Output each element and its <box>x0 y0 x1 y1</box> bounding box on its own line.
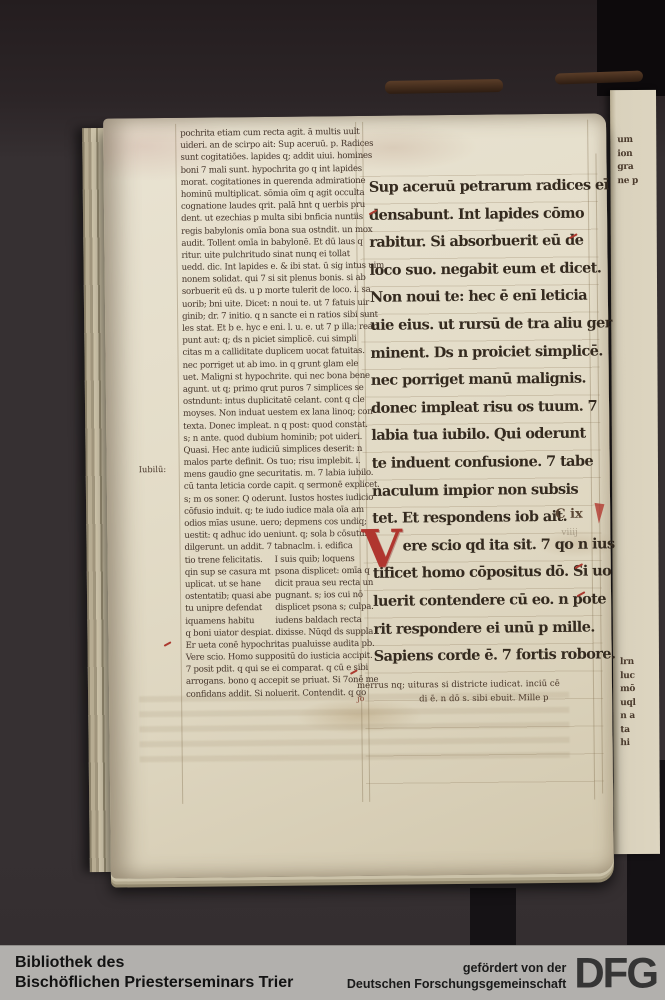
text-line-right: psona displicet: omīa q <box>275 565 363 578</box>
dfg-logo: DFG <box>574 950 657 997</box>
left-column-tail-lines: Er ueta conē hypochritas pualuisse audit… <box>185 638 364 701</box>
left-text-column: pochrita etiam cum recta agit. ā multis … <box>180 126 364 701</box>
left-column-lines: pochrita etiam cum recta agit. ā multis … <box>180 126 362 554</box>
next-page-text-fragment: umiongrane p <box>617 134 638 188</box>
funding-block: gefördert von der Deutschen Forschungsge… <box>347 950 657 996</box>
text-line-left: tio trene felicitatis. <box>185 553 275 566</box>
text-line-left: iquamens habitu <box>185 614 275 627</box>
text-line: luerit contendere cū eo. n pote <box>373 585 593 615</box>
text-line: naculum impior non subsis <box>372 475 592 505</box>
funding-line1: gefördert von der <box>347 960 567 976</box>
library-name-line1: Bibliothek des <box>15 953 293 973</box>
text-line-right: I suis quib; loquens <box>275 553 363 566</box>
photo-shadow-below-book <box>470 888 516 946</box>
chapter-mark: C ix <box>555 507 583 522</box>
funding-credit: gefördert von der Deutschen Forschungsge… <box>347 960 567 992</box>
marginal-note: Iubilū: <box>139 464 166 474</box>
text-line: ere scio qd ita sit. 7 qo n ius <box>372 530 592 560</box>
text-line: Sapiens corde ē. 7 fortis robore. <box>374 641 594 671</box>
text-fragment: uql <box>620 697 635 711</box>
drop-cap-initial: V <box>361 524 402 576</box>
chapter-mark-faint: viiij <box>561 528 578 538</box>
next-page-edge: umiongrane p lrnlucmōuqln atahi <box>610 90 660 854</box>
text-line: te induent confusione. 7 tabe <box>372 447 592 477</box>
text-line-right: pugnant. s; ios cui nō <box>275 589 363 602</box>
text-line: Non noui te: hec ē enī leticia <box>370 282 590 312</box>
text-line-left: q boni uiator despiat. <box>185 627 275 640</box>
text-line-right: displicet psona s; culpa. <box>275 601 363 614</box>
text-line: moyses. Non induat uestem ex lana linoq;… <box>183 406 361 420</box>
text-fragment: ne p <box>617 174 638 188</box>
binding-headband <box>385 79 503 94</box>
text-line-left: uplicat. ut se hane <box>185 578 275 591</box>
text-line-left: qin sup se casura mt <box>185 566 275 579</box>
left-column-split-block: tio trene felicitatis.I suis quib; loque… <box>185 553 364 640</box>
text-line: loco suo. negabit eum et dicet. <box>369 254 589 284</box>
text-fragment: ion <box>617 147 638 161</box>
text-fragment: luc <box>620 670 635 684</box>
text-line: labia tua iubilo. Qui oderunt <box>371 420 591 450</box>
text-line: tificet homo cōpositus dō. Si uo <box>373 558 593 588</box>
text-line: minent. Ds n proiciet simplicē. <box>370 337 590 367</box>
library-name-line2: Bischöflichen Priesterseminars Trier <box>15 973 293 993</box>
text-fragment: ta <box>620 723 635 737</box>
red-pen-mark <box>164 641 172 647</box>
digitized-manuscript-scan: umiongrane p lrnlucmōuqln atahi pochrita… <box>0 0 665 1000</box>
text-line: uie eius. ut rursū de tra aliu ger <box>370 310 590 340</box>
text-line-right: dicit praua seu recta un <box>275 577 363 590</box>
text-fragment: hi <box>620 737 635 751</box>
text-fragment: n a <box>620 710 635 724</box>
text-line: Sup aceruū petrarum radices eī <box>369 172 589 202</box>
next-page-text-fragment: lrnlucmōuqln atahi <box>620 656 636 751</box>
text-line-right: iudens baldach recta <box>275 613 363 626</box>
text-fragment: um <box>617 134 638 148</box>
footer-bar: Bibliothek des Bischöflichen Priestersem… <box>0 945 665 1000</box>
text-line: rit respondere ei unū p mille. <box>373 613 593 643</box>
text-line: densabunt. Int lapides cōmo <box>369 199 589 229</box>
text-line-right: dixisse. Nūqd ds suppla <box>275 626 363 639</box>
funding-line2: Deutschen Forschungsgemeinschaft <box>347 976 567 992</box>
text-line: nec porriget manū malignis. <box>371 365 591 395</box>
text-line-left: tu unipre defendat <box>185 602 275 615</box>
text-line: rabitur. Si absorbuerit eū de <box>369 227 589 257</box>
text-fragment: mō <box>620 683 635 697</box>
text-fragment: lrn <box>620 656 635 670</box>
library-name: Bibliothek des Bischöflichen Priestersem… <box>15 953 293 993</box>
text-line-left: ostentatib; quasi abe <box>185 590 275 603</box>
ink-show-through <box>139 692 570 762</box>
red-pen-trial-mark <box>592 503 604 524</box>
text-fragment: gra <box>617 161 638 175</box>
text-line: donec impleat risu os tuum. 7 <box>371 392 591 422</box>
right-text-column: Sup aceruū petrarum radices eīdensabunt.… <box>369 172 594 671</box>
book-page: pochrita etiam cum recta agit. ā multis … <box>103 113 614 878</box>
right-column-lines: Sup aceruū petrarum radices eīdensabunt.… <box>369 172 594 671</box>
